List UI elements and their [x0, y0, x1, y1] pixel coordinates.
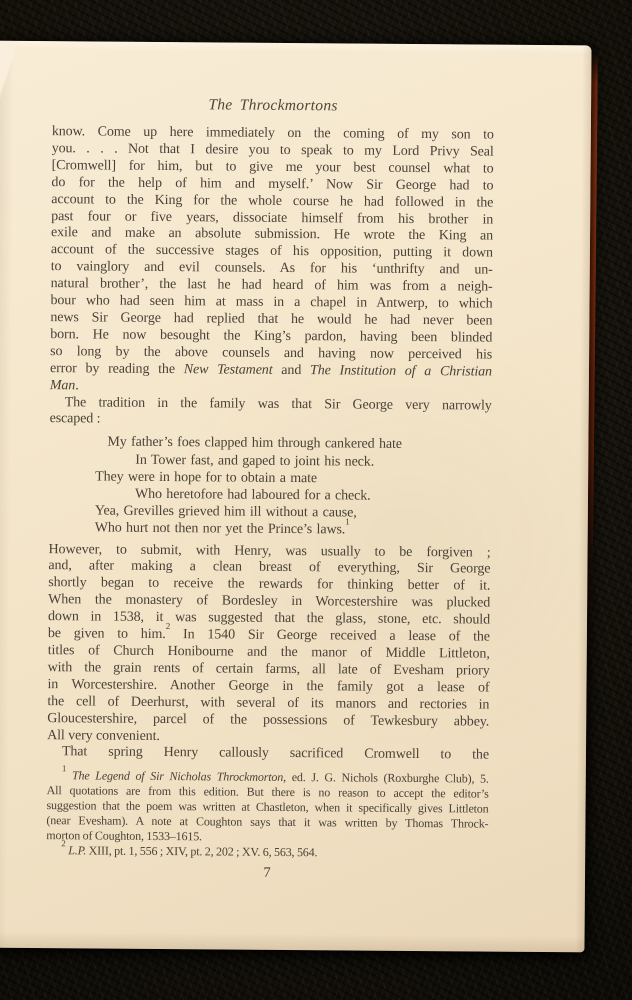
text-run: However, to submit, with Henry, was usua…	[49, 542, 491, 560]
page-text-column: know. Come up here immediately on the co…	[46, 124, 494, 884]
text-run: know. Come up here immediately on the co…	[52, 124, 494, 142]
page-corner-fold	[0, 41, 18, 133]
text-run: and, after making a clean breast of ever…	[48, 559, 490, 577]
text-run: and	[272, 363, 310, 378]
text-run: past four or five years, dissociate hims…	[51, 209, 493, 227]
text-run: , ed. J. G. Nichols (Roxburghe Club), 5.	[283, 770, 489, 786]
book-page: The Throckmortons know. Come up here imm…	[0, 41, 592, 953]
footnote-1: 1 The Legend of Sir Nicholas Throckmorto…	[46, 768, 489, 846]
paragraph-continuation: know. Come up here immediately on the co…	[50, 124, 494, 398]
text-run: [Cromwell] for him, but to give me your …	[52, 158, 494, 176]
text-run: .	[75, 378, 79, 393]
text-run: All very convenient.	[47, 728, 160, 744]
text-run: you. . . . Not that I desire you to spea…	[52, 141, 494, 159]
paragraph-however: However, to submit, with Henry, was usua…	[47, 542, 491, 748]
text-run: titles of Church Honibourne and the mano…	[48, 643, 490, 661]
text-run: They were in hope for to obtain a mate	[95, 469, 317, 486]
text-run: down in 1538, it was suggested that the …	[48, 609, 490, 627]
text-run: in Worcestershire. Another George in the…	[47, 677, 489, 695]
text-run: with the grain rents of certain farms, a…	[48, 660, 490, 678]
text-run: XIII, pt. 1, 556 ; XIV, pt. 2, 202 ; XV.…	[86, 844, 317, 860]
text-run: Who hurt not then nor yet the Prince’s l…	[95, 521, 346, 538]
text-run: When the monastery of Bordesley in Worce…	[48, 592, 490, 610]
footnote-marker: 2	[61, 838, 66, 848]
text-run: account to the King for the whole course…	[51, 192, 493, 210]
text-line: escaped :	[50, 412, 492, 432]
text-line: Who hurt not then nor yet the Prince’s l…	[95, 520, 491, 540]
paragraph-that-spring: That spring Henry callously sacrificed C…	[47, 745, 489, 765]
text-run: exile and make an absolute submission. H…	[51, 226, 493, 244]
text-run: shortly began to receive the rewards for…	[48, 575, 490, 593]
text-run: so long by the above counsels and having…	[50, 344, 492, 362]
text-line: error by reading the New Testament and T…	[50, 361, 492, 381]
text-run: morton of Coughton, 1533–1615.	[46, 828, 202, 843]
text-run: news Sir George had replied that he woul…	[50, 310, 492, 328]
italic-text-run: Man	[50, 378, 75, 393]
book-photo: The Throckmortons know. Come up here imm…	[0, 0, 632, 1000]
text-run: born. He now besought the King’s pardon,…	[50, 327, 492, 345]
text-run: escaped :	[50, 412, 101, 427]
text-run: natural brother’, the last he had heard …	[51, 276, 493, 294]
text-run: In 1540 Sir George received a lease of t…	[170, 627, 490, 645]
italic-text-run: The Legend of Sir Nicholas Throckmorton	[72, 769, 283, 785]
footnote-2: 2 L.P. XIII, pt. 1, 556 ; XIV, pt. 2, 20…	[46, 843, 488, 861]
text-run: the cell of Deerhurst, with several of i…	[47, 694, 489, 712]
poem-quotation: My father’s foes clapped him through can…	[95, 434, 492, 540]
page-number: 7	[46, 863, 488, 883]
footnote-marker: 1	[62, 763, 67, 773]
text-run: Who heretofore had laboured for a check.	[135, 487, 371, 504]
footnote-marker: 1	[345, 517, 350, 527]
text-run: to vainglory and evil counsels. As for h…	[51, 259, 493, 277]
text-run: error by reading the	[50, 361, 184, 377]
paragraph-tradition: The tradition in the family was that Sir…	[50, 395, 492, 432]
italic-text-run: The Institution of a Christian	[310, 363, 492, 379]
text-run: In Tower fast, and gaped to joint his ne…	[135, 452, 374, 469]
text-run: do for the help of him and myself.’ Now …	[51, 175, 493, 193]
text-run: account of the successive stages of his …	[51, 242, 493, 260]
text-line: That spring Henry callously sacrificed C…	[47, 745, 489, 765]
text-run: Gloucestershire, parcel of the possessio…	[47, 711, 489, 729]
text-run: be given to him.	[48, 626, 166, 642]
footnote-marker: 2	[166, 621, 171, 631]
text-run: bour who had seen him at mass in a chape…	[50, 293, 492, 311]
text-run: My father’s foes clapped him through can…	[107, 435, 402, 452]
text-line: 2 L.P. XIII, pt. 1, 556 ; XIV, pt. 2, 20…	[46, 843, 488, 861]
text-run: That spring Henry callously sacrificed C…	[62, 745, 489, 763]
running-header: The Throckmortons	[52, 95, 494, 116]
text-run: Yea, Grevilles grieved him ill without a…	[95, 504, 357, 521]
italic-text-run: L.P.	[68, 844, 86, 858]
italic-text-run: New Testament	[184, 362, 273, 378]
text-run: The tradition in the family was that Sir…	[65, 395, 492, 413]
